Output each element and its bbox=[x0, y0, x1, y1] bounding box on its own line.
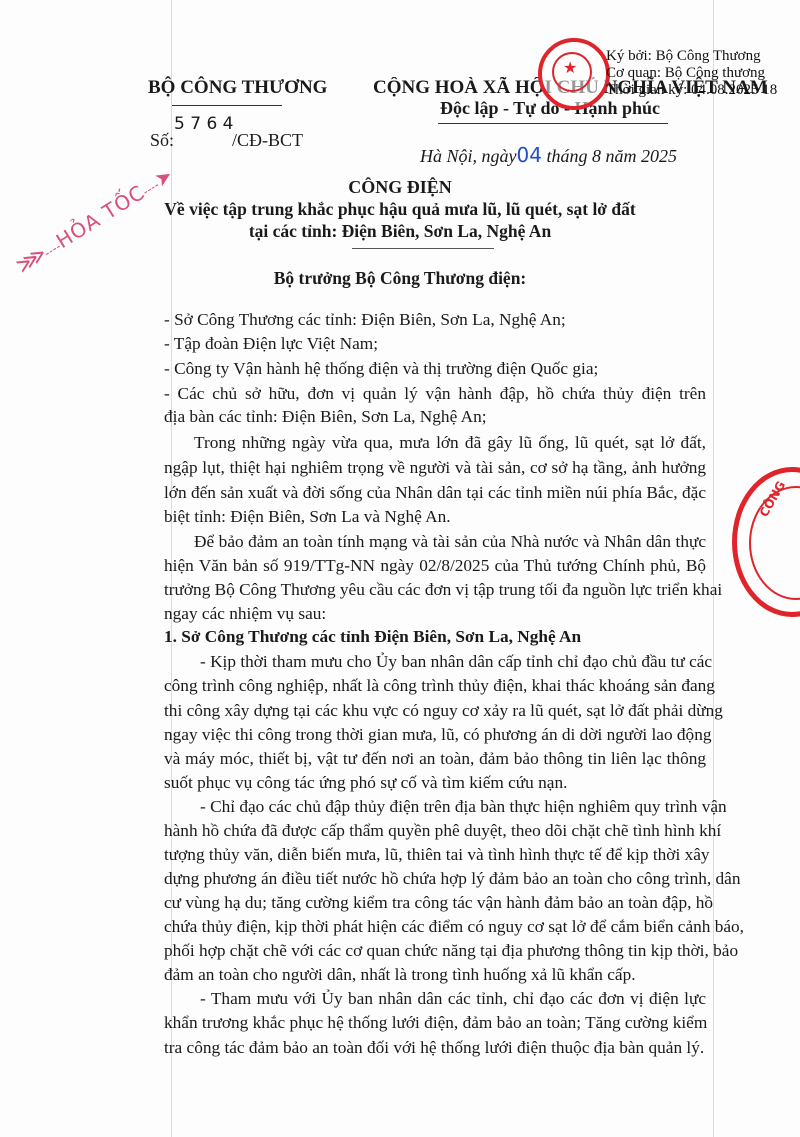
section-line: ngay việc thi công trong thời gian mưa, … bbox=[164, 725, 706, 745]
number-prefix: Số: bbox=[150, 130, 174, 150]
body-line: biệt tỉnh: Điện Biên, Sơn La và Nghệ An. bbox=[164, 507, 706, 527]
recipient-line: - Tập đoàn Điện lực Việt Nam; bbox=[164, 334, 706, 354]
section-line: khẩn trương khắc phục hệ thống lưới điện… bbox=[164, 1013, 706, 1033]
section-line: công trình công nghiệp, nhất là công trì… bbox=[164, 676, 706, 696]
star-icon: ★ bbox=[563, 58, 577, 78]
section-line: thi công xây dựng tại các khu vực có ngu… bbox=[164, 701, 706, 721]
body-line: trưởng Bộ Công Thương yêu cầu các đơn vị… bbox=[164, 580, 706, 600]
motto-underline bbox=[438, 123, 668, 124]
recipient-line: - Sở Công Thương các tỉnh: Điện Biên, Sơ… bbox=[164, 310, 706, 330]
signed-by: Ký bởi: Bộ Công Thương bbox=[606, 48, 777, 65]
section-line: và máy móc, thiết bị, vật tư đến nơi an … bbox=[164, 749, 706, 769]
body-line: Trong những ngày vừa qua, mưa lớn đã gây… bbox=[164, 433, 706, 453]
section-line: - Tham mưu với Ủy ban nhân dân các tỉnh,… bbox=[164, 989, 706, 1009]
body-line: ngập lụt, thiệt hại nghiêm trọng về ngườ… bbox=[164, 458, 706, 478]
body-line: ngay các nhiệm vụ sau: bbox=[164, 604, 706, 624]
recipient-line: địa bàn các tỉnh: Điện Biên, Sơn La, Ngh… bbox=[164, 407, 706, 427]
date-suffix: tháng 8 năm 2025 bbox=[546, 146, 677, 166]
section-heading: 1. Sở Công Thương các tỉnh Điện Biên, Sơ… bbox=[164, 627, 706, 647]
recipient-line: - Công ty Vận hành hệ thống điện và thị … bbox=[164, 359, 706, 379]
agency-seal-icon: CÔNG bbox=[732, 467, 800, 617]
section-line: - Kịp thời tham mưu cho Ủy ban nhân dân … bbox=[164, 652, 706, 672]
title-divider bbox=[352, 248, 494, 249]
section-line: cư vùng hạ du; tăng cường kiểm tra công … bbox=[164, 893, 706, 913]
section-line: đảm an toàn cho người dân, nhất là trong… bbox=[164, 965, 706, 985]
handwritten-day: 04 bbox=[517, 143, 542, 167]
section-line: tra công tác đảm bảo an toàn đối với hệ … bbox=[164, 1038, 706, 1058]
handwritten-number: 5 7 6 4 bbox=[174, 114, 233, 134]
sender-line: Bộ trưởng Bộ Công Thương điện: bbox=[0, 268, 800, 289]
issue-date: Hà Nội, ngày04 tháng 8 năm 2025 bbox=[420, 143, 677, 167]
signer-agency: Cơ quan: Bộ Công thương bbox=[606, 65, 777, 82]
section-line: tượng thủy văn, diễn biến mưa, lũ, thiên… bbox=[164, 845, 706, 865]
section-line: chứa thủy điện, kịp thời phát hiện các đ… bbox=[164, 917, 706, 937]
subject-line-2: tại các tỉnh: Điện Biên, Sơn La, Nghệ An bbox=[0, 221, 800, 242]
section-line: dựng phương án điều tiết nước hồ chứa hợ… bbox=[164, 869, 706, 889]
body-line: lớn đến sản xuất và đời sống của Nhân dâ… bbox=[164, 483, 706, 503]
document-number: Số: bbox=[150, 130, 174, 151]
issuing-agency: BỘ CÔNG THƯƠNG bbox=[148, 77, 327, 99]
agency-underline bbox=[172, 105, 282, 106]
recipient-line: - Các chủ sở hữu, đơn vị quản lý vận hàn… bbox=[164, 384, 706, 404]
section-line: suốt phục vụ công tác ứng phó sự cố và t… bbox=[164, 773, 706, 793]
signing-time: Thời gian ký: 04.08.2025 18 bbox=[606, 82, 777, 99]
section-line: - Chỉ đạo các chủ đập thủy điện trên địa… bbox=[164, 797, 706, 817]
body-line: hiện Văn bản số 919/TTg-NN ngày 02/8/202… bbox=[164, 556, 706, 576]
number-suffix: /CĐ-BCT bbox=[232, 130, 303, 151]
date-prefix: Hà Nội, ngày bbox=[420, 146, 517, 166]
digital-signature: Ký bởi: Bộ Công Thương Cơ quan: Bộ Công … bbox=[606, 48, 777, 99]
scan-edge-right bbox=[713, 0, 714, 1137]
body-line: Để bảo đảm an toàn tính mạng và tài sản … bbox=[164, 532, 706, 552]
section-line: hành hồ chứa đã được cấp thẩm quyền phê … bbox=[164, 821, 706, 841]
section-line: phối hợp chặt chẽ với các cơ quan chức n… bbox=[164, 941, 706, 961]
official-seal-icon: ★ bbox=[538, 38, 610, 110]
